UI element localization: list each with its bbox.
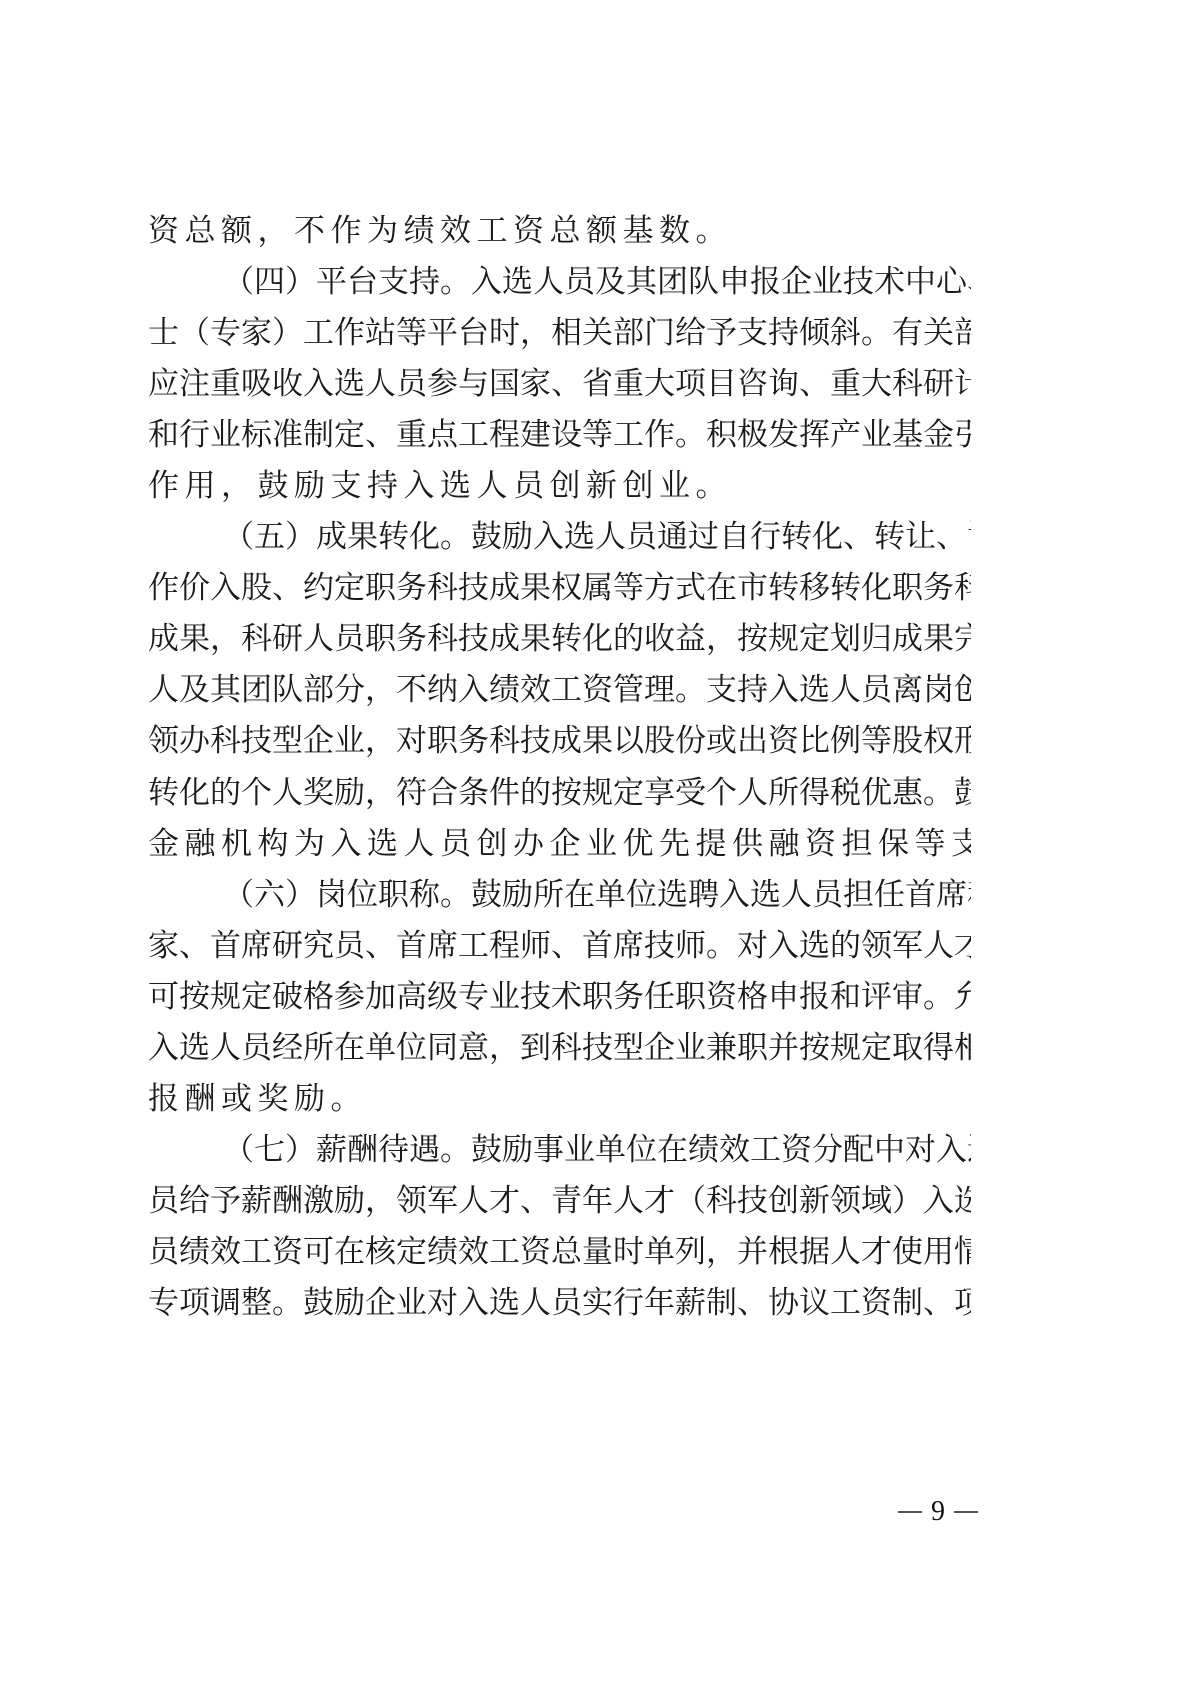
text-line: 可按规定破格参加高级专业技术职务任职资格申报和评审。允许 xyxy=(148,972,971,1023)
text-line: （四）平台支持。入选人员及其团队申报企业技术中心、院 xyxy=(148,257,971,308)
text-line: 作价入股、约定职务科技成果权属等方式在市转移转化职务科技 xyxy=(148,563,971,614)
text-line: 成果，科研人员职务科技成果转化的收益，按规定划归成果完成 xyxy=(148,614,971,665)
dash-right xyxy=(954,1511,978,1513)
text-line: （七）薪酬待遇。鼓励事业单位在绩效工资分配中对入选人 xyxy=(148,1125,971,1176)
text-line: （六）岗位职称。鼓励所在单位选聘入选人员担任首席科学 xyxy=(148,870,971,921)
text-line: 作用，鼓励支持入选人员创新创业。 xyxy=(148,461,971,512)
text-line: 应注重吸收入选人员参与国家、省重大项目咨询、重大科研计划 xyxy=(148,359,971,410)
page-number: 9 xyxy=(898,1492,978,1532)
page-number-value: 9 xyxy=(931,1496,945,1528)
text-line: 领办科技型企业，对职务科技成果以股份或出资比例等股权形式 xyxy=(148,716,971,767)
text-line: 人及其团队部分，不纳入绩效工资管理。支持入选人员离岗创办 xyxy=(148,665,971,716)
document-page: 资总额，不作为绩效工资总额基数。（四）平台支持。入选人员及其团队申报企业技术中心… xyxy=(0,0,1191,1684)
text-line: 金融机构为入选人员创办企业优先提供融资担保等支持政策。 xyxy=(148,819,971,870)
text-line: 专项调整。鼓励企业对入选人员实行年薪制、协议工资制、项目 xyxy=(148,1278,971,1329)
text-line: 入选人员经所在单位同意，到科技型企业兼职并按规定取得相应 xyxy=(148,1023,971,1074)
text-line: 转化的个人奖励，符合条件的按规定享受个人所得税优惠。鼓励 xyxy=(148,768,971,819)
text-line: （五）成果转化。鼓励入选人员通过自行转化、转让、许可、 xyxy=(148,512,971,563)
text-line: 和行业标准制定、重点工程建设等工作。积极发挥产业基金引导 xyxy=(148,410,971,461)
dash-left xyxy=(898,1511,922,1513)
text-line: 员给予薪酬激励，领军人才、青年人才（科技创新领域）入选人 xyxy=(148,1176,971,1227)
body-text: 资总额，不作为绩效工资总额基数。（四）平台支持。入选人员及其团队申报企业技术中心… xyxy=(148,206,971,1329)
text-line: 报酬或奖励。 xyxy=(148,1074,971,1125)
text-line: 家、首席研究员、首席工程师、首席技师。对入选的领军人才， xyxy=(148,921,971,972)
text-line: 员绩效工资可在核定绩效工资总量时单列，并根据人才使用情况 xyxy=(148,1227,971,1278)
text-line: 资总额，不作为绩效工资总额基数。 xyxy=(148,206,971,257)
text-line: 士（专家）工作站等平台时，相关部门给予支持倾斜。有关部门 xyxy=(148,308,971,359)
